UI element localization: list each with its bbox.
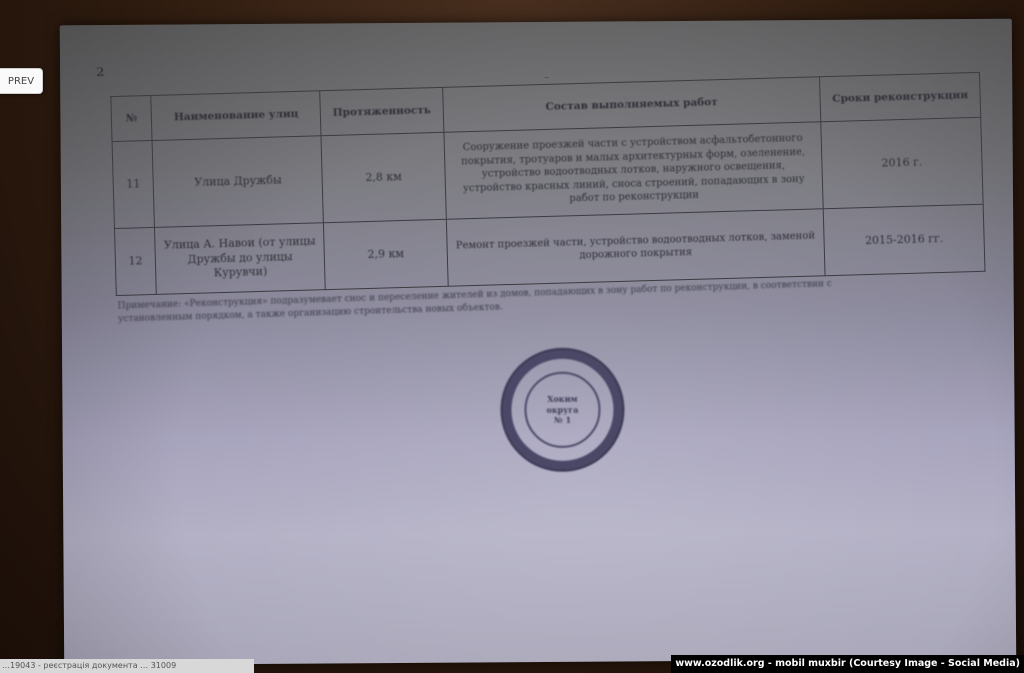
row-works: Ремонт проезжей части, устройство водоот…: [446, 209, 825, 287]
row-term: 2016 г.: [821, 117, 983, 208]
stamp-line: округа: [546, 405, 578, 416]
page-number: 2: [96, 65, 104, 79]
row-works: Сооружение проезжей части с устройством …: [444, 122, 824, 220]
header-street-name: Наименование улиц: [151, 91, 321, 141]
row-street-name: Улица А. Навои (от улицы Дружбы до улицы…: [155, 223, 326, 295]
row-length: 2,8 км: [321, 132, 446, 222]
prev-button[interactable]: PREV: [0, 68, 43, 94]
file-caption: …19043 - реєстрація документа … 31009: [0, 659, 254, 673]
top-mark: –: [544, 72, 549, 83]
row-number: 12: [114, 227, 156, 295]
stamp-line: Хоким: [547, 394, 577, 405]
row-term: 2015-2016 гг.: [823, 204, 985, 275]
image-credit: www.ozodlik.org - mobil muxbir (Courtesy…: [671, 655, 1024, 673]
header-number: №: [111, 95, 152, 141]
official-stamp: Хоким округа № 1: [500, 347, 625, 472]
row-number: 11: [112, 140, 155, 228]
row-length: 2,9 км: [324, 219, 448, 289]
stamp-center: Хоким округа № 1: [524, 372, 601, 449]
row-street-name: Улица Дружбы: [152, 136, 324, 228]
document-page: 2 – № Наименование улиц Протяженность Со…: [60, 19, 1016, 666]
reconstruction-table: № Наименование улиц Протяженность Состав…: [110, 72, 985, 296]
header-term: Сроки реконструкции: [820, 72, 981, 121]
stamp-line: № 1: [554, 415, 571, 426]
header-length: Протяженность: [320, 87, 444, 135]
